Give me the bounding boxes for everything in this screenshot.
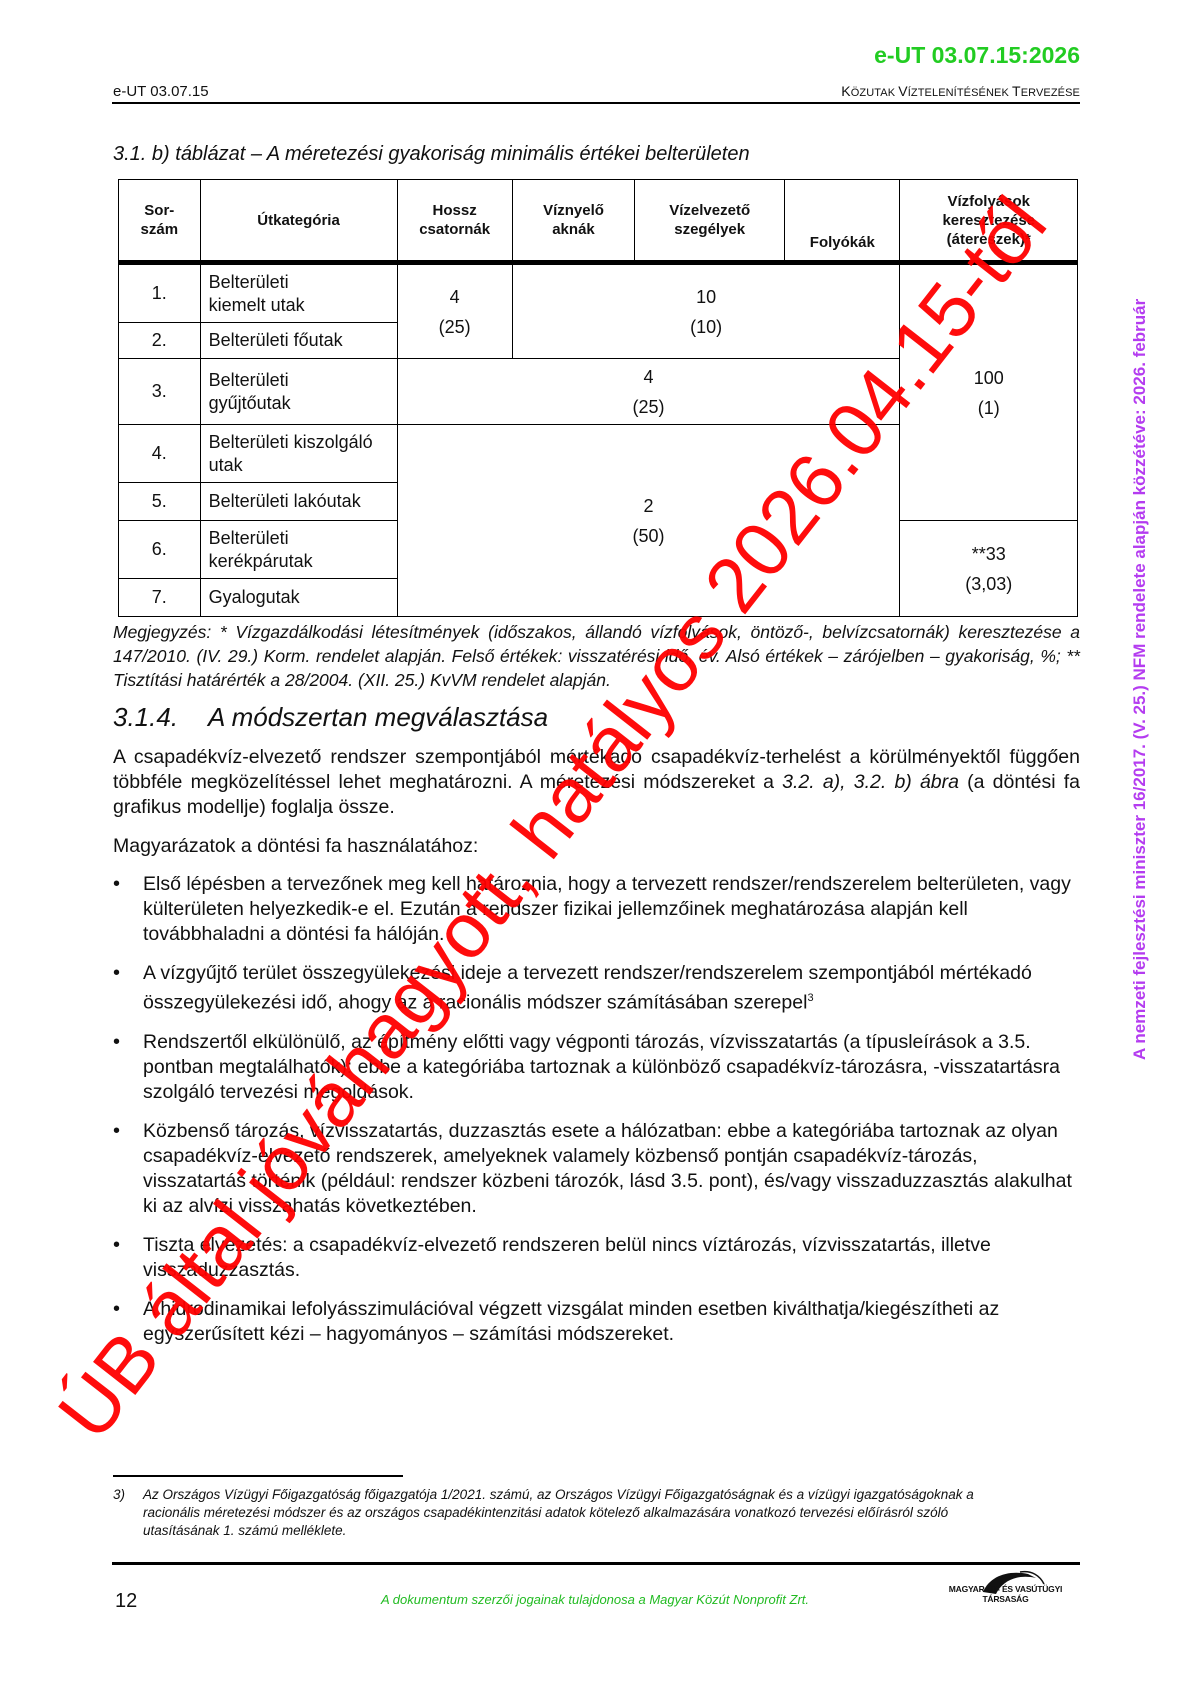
page-number: 12 — [115, 1590, 137, 1613]
list-item: Rendszertől elkülönülő, az építmény előt… — [113, 1030, 1073, 1105]
row-number: 6. — [119, 521, 201, 579]
row-category: Gyalogutak — [200, 579, 397, 617]
row-category: Belterületigyűjtőutak — [200, 359, 397, 425]
header-title-part: ERVEZÉSE — [1021, 87, 1080, 99]
publication-side-note: A nemzeti fejlesztési miniszter 16/2017.… — [1130, 299, 1150, 1060]
value-cell: 10(10) — [512, 263, 900, 359]
frequency-table: Sor-szám Útkategória Hosszcsatornák Vízn… — [118, 179, 1078, 617]
explanation-lead: Magyarázatok a döntési fa használatához: — [113, 834, 1080, 859]
copyright-notice: A dokumentum szerzői jogainak tulajdonos… — [300, 1592, 890, 1607]
table-title: 3.1. b) táblázat – A méretezési gyakoris… — [113, 143, 750, 166]
table-row: 1. Belterületikiemelt utak 4(25) 10(10) … — [119, 263, 1078, 323]
row-category: Belterületikerékpárutak — [200, 521, 397, 579]
col-header-culverts: Vízfolyásokkeresztezése(átereszek)* — [900, 180, 1078, 263]
col-header-serial: Sor-szám — [119, 180, 201, 263]
list-item: Közbenső tározás, vízvisszatartás, duzza… — [113, 1119, 1073, 1219]
row-number: 2. — [119, 323, 201, 359]
footnote: 3) Az Országos Vízügyi Főigazgatóság fői… — [113, 1486, 1013, 1540]
logo-text: MAGYAR ÚT- ÉS VASÚTÜGYI TÁRSASÁG — [928, 1584, 1083, 1604]
col-header-category: Útkategória — [200, 180, 397, 263]
list-item: Tiszta elvezetés: a csapadékvíz-elvezető… — [113, 1233, 1073, 1283]
society-logo: MAGYAR ÚT- ÉS VASÚTÜGYI TÁRSASÁG — [928, 1566, 1083, 1610]
footnote-mark: 3) — [113, 1486, 125, 1504]
document-code: e-UT 03.07.15:2026 — [700, 42, 1080, 69]
row-category: Belterületi lakóutak — [200, 483, 397, 521]
section-title: A módszertan megválasztása — [208, 702, 548, 732]
row-number: 4. — [119, 425, 201, 483]
value-cell: 4(25) — [397, 263, 512, 359]
footer-rule — [112, 1562, 1080, 1565]
explanation-list: Első lépésben a tervezőnek meg kell hatá… — [113, 872, 1073, 1361]
row-category: Belterületi főutak — [200, 323, 397, 359]
col-header-inlets: Víznyelőaknák — [512, 180, 634, 263]
header-title: KÖZUTAK VÍZTELENÍTÉSÉNEK TERVEZÉSE — [841, 83, 1080, 99]
table-header-row: Sor-szám Útkategória Hosszcsatornák Vízn… — [119, 180, 1078, 263]
list-item: Első lépésben a tervezőnek meg kell hatá… — [113, 872, 1073, 947]
header-title-part: ÍZTELENÍTÉSÉNEK — [908, 87, 1012, 99]
footnote-ref[interactable]: 3 — [807, 992, 813, 1004]
list-item: A vízgyűjtő terület összegyülekezési ide… — [113, 961, 1073, 1016]
value-cell: **33(3,03) — [900, 521, 1078, 617]
value-cell: 100(1) — [900, 263, 1078, 521]
col-header-length-channels: Hosszcsatornák — [397, 180, 512, 263]
header-title-part: ÖZUTAK — [851, 87, 899, 99]
list-item: A hidrodinamikai lefolyásszimulációval v… — [113, 1297, 1073, 1347]
header-left-code: e-UT 03.07.15 — [113, 83, 209, 100]
footnote-text: Az Országos Vízügyi Főigazgatóság főigaz… — [143, 1486, 1013, 1540]
col-header-gutters: Folyókák — [785, 180, 900, 263]
value-cell: 4(25) — [397, 359, 900, 425]
table-note: Megjegyzés: * Vízgazdálkodási létesítmén… — [113, 620, 1080, 692]
row-number: 7. — [119, 579, 201, 617]
footnote-rule — [113, 1475, 403, 1477]
row-number: 1. — [119, 263, 201, 323]
header-title-part: K — [841, 83, 850, 99]
header-rule — [112, 102, 1080, 104]
section-heading: 3.1.4.A módszertan megválasztása — [113, 702, 548, 733]
figure-reference: 3.2. a), 3.2. b) ábra — [782, 771, 959, 793]
header-title-part: T — [1012, 83, 1021, 99]
col-header-curbs: Vízelvezetőszegélyek — [635, 180, 785, 263]
row-number: 3. — [119, 359, 201, 425]
section-number: 3.1.4. — [113, 702, 208, 733]
row-category: Belterületikiemelt utak — [200, 263, 397, 323]
value-cell: 2(50) — [397, 425, 900, 617]
header-title-part: V — [898, 83, 907, 99]
row-category: Belterületi kiszolgálóutak — [200, 425, 397, 483]
row-number: 5. — [119, 483, 201, 521]
intro-paragraph: A csapadékvíz-elvezető rendszer szempont… — [113, 745, 1080, 820]
